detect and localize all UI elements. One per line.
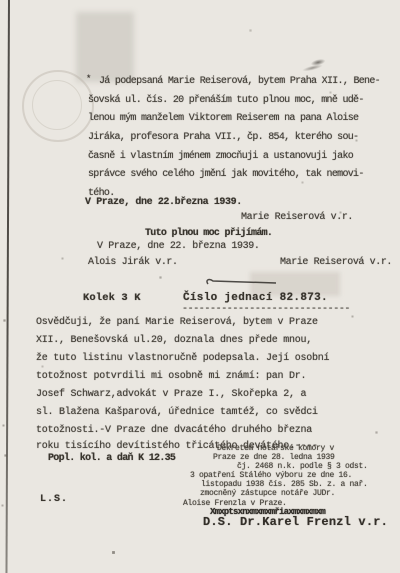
- decree-line-4: 3 opatření Stálého výboru ze dne 16.: [190, 471, 352, 480]
- body-line-1: Já podepsaná Marie Reiserová, bytem Prah…: [99, 76, 380, 87]
- date-line-2: V Praze, dne 22. března 1939.: [97, 241, 259, 252]
- notary-signature: D.S. Dr.Karel Frenzl v.r.: [203, 517, 388, 528]
- attestation-line-4: totožnost potvrdili mi osobně mi známí: …: [36, 371, 306, 382]
- fee-note: Popl. kol. a daň K 12.35: [48, 453, 175, 464]
- acceptance-line: Tuto plnou moc přijímám.: [145, 228, 272, 239]
- file-number: Číslo jednací 82.873.: [183, 293, 328, 304]
- decree-line-3: čj. 2468 n.k. podle § 3 odst.: [237, 462, 368, 471]
- paper-stain: [76, 12, 134, 82]
- stamp-duty-note: Kolek 3 K: [83, 293, 141, 304]
- attestation-line-1: Osvědčuji, že paní Marie Reiserová, byte…: [36, 317, 318, 328]
- decree-line-2: Praze ze dne 28. ledna 1939: [213, 453, 335, 462]
- body-line-3: lenou mým manželem Viktorem Reiserem na …: [88, 113, 358, 124]
- file-number-underline: ------------------------------: [182, 304, 350, 315]
- body-line-6: správce svého celého jmění jak movitého,…: [88, 169, 364, 180]
- body-line-4: Jiráka, profesora Praha VII., čp. 854, k…: [88, 132, 358, 143]
- seal-abbreviation: L.S.: [40, 494, 68, 505]
- decree-line-1: Dekretem notářské komory v: [217, 444, 334, 453]
- attestation-line-7: totožnosti.-V Praze dne dvacátého druhéh…: [36, 425, 312, 436]
- handwritten-tick-mark: *: [86, 74, 91, 85]
- attestation-line-5: Josef Schwarz,advokát v Praze I., Skořep…: [36, 389, 306, 400]
- body-line-5: časně i vlastním jménem zmocňuji a ustan…: [88, 151, 353, 162]
- scan-specks: [0, 0, 1, 1]
- pen-stroke-mark: [204, 274, 280, 284]
- ink-smudge: [297, 52, 334, 76]
- body-line-2: šovská ul. čís. 20 přenáším tuto plnou m…: [88, 95, 364, 106]
- attestation-line-2: XII., Benešovská ul.20, doznala dnes pře…: [36, 335, 312, 346]
- signature-marie-reiserova-2: Marie Reiserová v.r.: [280, 257, 392, 268]
- date-line-1: V Praze, dne 22.března 1939.: [85, 197, 242, 208]
- embossed-seal-inner-ring: [32, 80, 82, 130]
- decree-line-6: zmocněný zástupce notáře JUDr.: [200, 489, 335, 498]
- signature-marie-reiserova-1: Marie Reiserová v.r.: [241, 212, 353, 223]
- scanned-document-page: * Já podepsaná Marie Reiserová, bytem Pr…: [0, 0, 400, 573]
- attestation-line-3: že tuto listinu vlastnoručně podepsala. …: [36, 353, 329, 364]
- page-edge-line: [5, 0, 10, 573]
- decree-line-5: listopadu 1938 čís. 285 Sb. z. a nař.: [201, 480, 368, 489]
- attestation-line-6: sl. Blažena Kašparová, úřednice tamtéž, …: [36, 407, 318, 418]
- signature-alois-jirak: Alois Jirák v.r.: [88, 257, 178, 268]
